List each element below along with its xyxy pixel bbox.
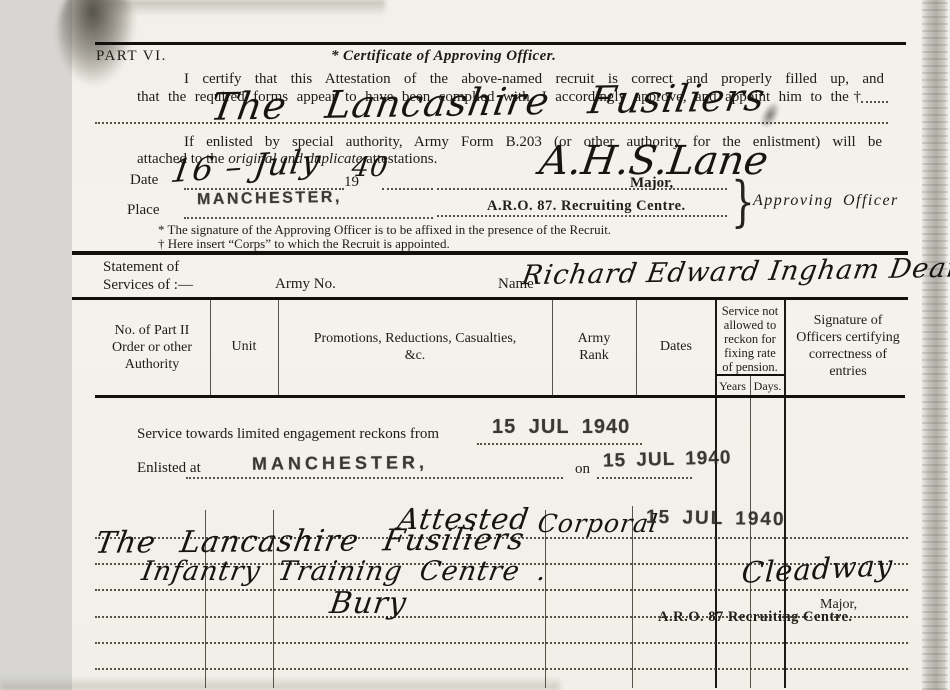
dotted-line — [861, 101, 888, 103]
place-stamp: MANCHESTER, — [197, 189, 342, 210]
horizontal-rule-top — [95, 42, 906, 45]
on-label: on — [575, 461, 590, 478]
statement-label-line2: Services of :— — [103, 277, 193, 294]
brace-glyph: } — [731, 171, 755, 234]
page-edge-shadow — [922, 0, 948, 690]
unit-line3-handwritten: Bury — [328, 586, 410, 621]
enlisted-date-stamp: 15 JUL 1940 — [603, 447, 732, 472]
dotted-line-reckons — [477, 443, 642, 445]
statement-label-line1: Statement of — [103, 259, 179, 276]
table-header-promotions: Promotions, Reductions, Casualties, &c. — [280, 330, 550, 364]
table-header-bottom-rule — [95, 395, 905, 398]
service-reckons-label: Service towards limited engagement recko… — [137, 426, 439, 443]
table-column-line — [750, 374, 751, 688]
table-header-part-ii-order: No. of Part II Order or other Authority — [96, 322, 208, 373]
table-column-line — [636, 300, 637, 396]
rank-handwritten: Corporal — [536, 509, 660, 538]
unit-line2-handwritten: Infantry Training Centre . — [139, 556, 549, 587]
approving-officer-label: Approving Officer — [753, 192, 899, 209]
scan-smudge-top — [95, 0, 385, 16]
horizontal-rule-heavy-1 — [72, 251, 908, 255]
year-handwritten: 40 — [350, 152, 391, 183]
table-column-line — [552, 300, 553, 396]
dotted-row — [95, 668, 908, 670]
army-no-label: Army No. — [275, 276, 336, 293]
place-label: Place — [127, 202, 159, 219]
dotted-line-place — [184, 217, 433, 219]
certificate-title: * Certificate of Approving Officer. — [331, 48, 556, 65]
dotted-line-enlisted — [186, 477, 563, 479]
horizontal-rule-heavy-2 — [72, 297, 908, 300]
entry-date-stamp: 15 JUL 1940 — [646, 507, 786, 531]
enlisted-place-stamp: MANCHESTER, — [252, 452, 428, 475]
enlisted-label: Enlisted at — [137, 460, 201, 477]
table-header-signature: Signature of Officers certifying correct… — [788, 312, 908, 380]
dotted-line-signature — [437, 188, 727, 190]
scanned-attestation-form: PART VI. * Certificate of Approving Offi… — [0, 0, 950, 690]
aro-stamp-top: A.R.O. 87. Recruiting Centre. — [487, 198, 686, 215]
table-column-line — [278, 300, 279, 396]
table-header-pension: Service not allowed to reckon for fixing… — [716, 304, 784, 374]
dotted-line-on — [597, 477, 692, 479]
table-column-line — [784, 300, 786, 688]
footnote-2: † Here insert “Corps” to which the Recru… — [158, 237, 450, 251]
dotted-line-aro — [437, 215, 727, 217]
aro-stamp-bottom: A.R.O. 87 Recruiting Centre. — [658, 609, 853, 626]
table-column-line — [210, 300, 211, 396]
table-subheader-years: Years — [715, 378, 750, 395]
table-subheader-days: Days. — [750, 378, 785, 395]
table-header-army-rank: Army Rank — [554, 330, 634, 364]
table-header-unit: Unit — [212, 338, 276, 355]
footnote-1: * The signature of the Approving Officer… — [158, 223, 611, 237]
dotted-row — [95, 589, 908, 591]
dotted-line-date2 — [382, 188, 433, 190]
dotted-row — [95, 642, 908, 644]
date-label: Date — [130, 172, 158, 189]
reckons-date-stamp: 15 JUL 1940 — [492, 416, 630, 439]
pension-subheader-rule — [716, 374, 784, 376]
part-label: PART VI. — [96, 48, 167, 65]
table-header-dates: Dates — [638, 338, 714, 355]
scan-shadow-bottom — [0, 676, 560, 690]
